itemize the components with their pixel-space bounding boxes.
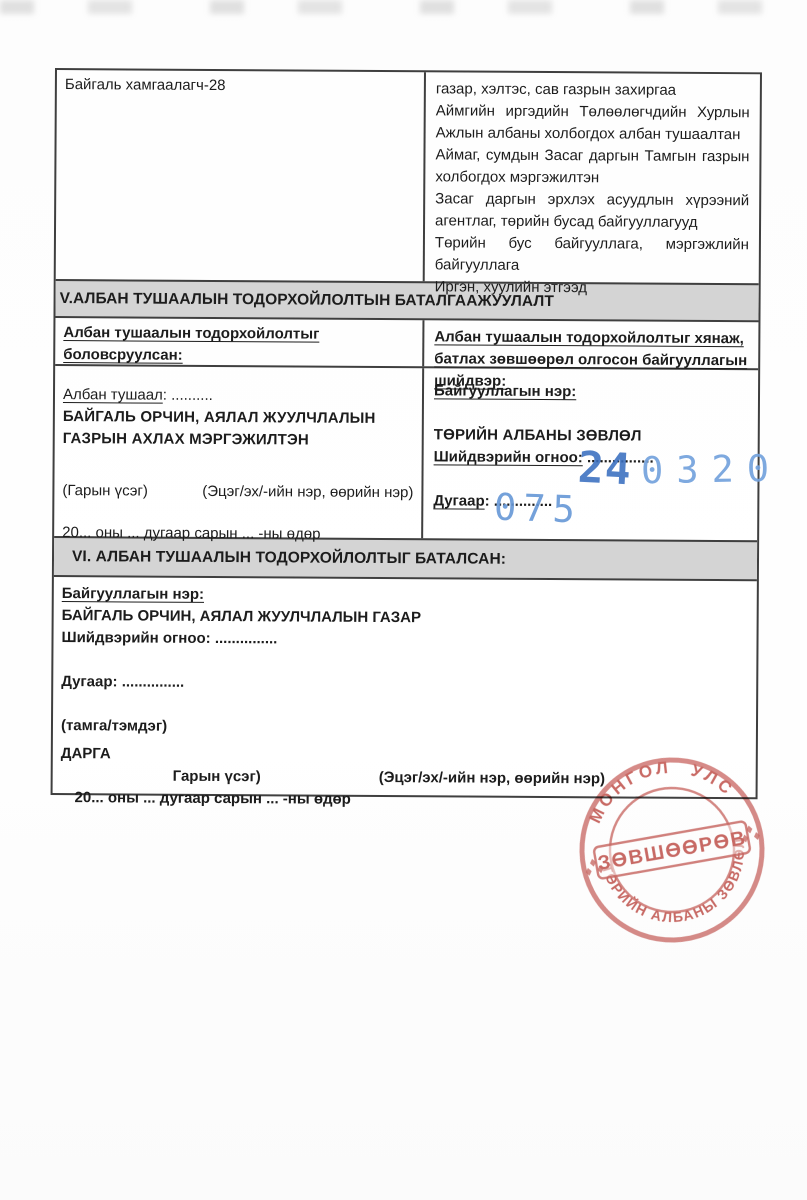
- table-row-stakeholders: Байгаль хамгаалагч-28 газар, хэлтэс, сав…: [56, 70, 760, 283]
- related-org-item: Төрийн бус байгууллага, мэргэжлийн байгу…: [435, 232, 749, 278]
- number-dots: : ..............: [485, 493, 553, 510]
- org-name-label-line: Байгууллагын нэр:: [434, 380, 748, 404]
- table-row-section-v-content: Албан тушаал: .......... БАЙГАЛЬ ОРЧИН, …: [54, 364, 758, 540]
- section-v-title: V.АЛБАН ТУШААЛЫН ТОДОРХОЙЛОЛТЫН БАТАЛГАА…: [60, 290, 554, 310]
- related-org-item: газар, хэлтэс, сав газрын захиргаа: [436, 78, 750, 102]
- scanner-edge-artifact: [0, 0, 807, 14]
- approval-stamp: МОНГОЛ УЛС ТӨРИЙН АЛБАНЫ ЗӨВЛӨЛ ЗӨВШӨӨРӨ…: [553, 731, 790, 968]
- position-value-line1: БАЙГАЛЬ ОРЧИН, АЯЛАЛ ЖУУЛЧЛАЛЫН: [63, 406, 414, 430]
- seal-placeholder: (тамга/тэмдэг): [61, 715, 748, 741]
- position-label: Албан тушаал: [63, 386, 163, 404]
- cell-approving-org: Байгууллагын нэр: ТӨРИЙН АЛБАНЫ ЗӨВЛӨЛ Ш…: [423, 368, 758, 540]
- position-value-line2: ГАЗРЫН АХЛАХ МЭРГЭЖИЛТЭН: [63, 428, 414, 452]
- job-description-approval-table: Байгаль хамгаалагч-28 газар, хэлтэс, сав…: [51, 68, 762, 799]
- cell-related-organizations: газар, хэлтэс, сав газрын захиргаа Аймги…: [425, 72, 760, 283]
- number-label: Дугаар: [433, 492, 484, 509]
- org-name-value: ТӨРИЙН АЛБАНЫ ЗӨВЛӨЛ: [434, 424, 748, 448]
- cell-developed-by-header: Албан тушаалын тодорхойлолтыг боловсруул…: [55, 318, 424, 366]
- number-line: Дугаар: ..............: [433, 490, 747, 514]
- stamp-banner: ЗӨВШӨӨРӨВ: [593, 821, 750, 879]
- related-org-item: Засаг даргын эрхлэх асуудлын хүрээний аг…: [435, 188, 749, 234]
- decision-date-line: Шийдвэрийн огноо: ...............: [61, 627, 748, 653]
- cell-position-details: Албан тушаал: .......... БАЙГАЛЬ ОРЧИН, …: [54, 366, 424, 538]
- position-title-text: Байгаль хамгаалагч-28: [65, 76, 226, 94]
- org-name-label: Байгууллагын нэр:: [434, 382, 576, 400]
- position-label-line: Албан тушаал: ..........: [63, 384, 414, 408]
- name-hint: (Эцэг/эх/-ийн нэр, өөрийн нэр): [202, 481, 413, 504]
- scanned-document-page: Байгаль хамгаалагч-28 газар, хэлтэс, сав…: [0, 0, 807, 1200]
- related-org-item: Аймгийн иргэдийн Төлөөлөгчдийн Хурлын Аж…: [436, 100, 750, 146]
- cell-approved-by-header: Албан тушаалын тодорхойлолтыг хянаж, бат…: [424, 320, 758, 368]
- signature-hint: (Гарын үсэг): [62, 480, 148, 503]
- signature-hint: Гарын үсэг): [173, 766, 261, 789]
- cell-position-title: Байгаль хамгаалагч-28: [56, 70, 426, 281]
- table-row-column-headers: Албан тушаалын тодорхойлолтыг боловсруул…: [55, 316, 758, 368]
- decision-date-label: Шийдвэрийн огноо:: [434, 448, 583, 466]
- related-org-item: Аймаг, сумдын Засаг даргын Тамгын газрын…: [435, 144, 749, 190]
- position-dots: : ..........: [163, 387, 213, 404]
- date-placeholder-line: 20... оны ... дугаар сарын ... -ны өдөр: [62, 522, 413, 546]
- section-vi-title: VI. АЛБАН ТУШААЛЫН ТОДОРХОЙЛОЛТЫГ БАТАЛС…: [72, 546, 506, 571]
- developed-by-header-text: Албан тушаалын тодорхойлолтыг боловсруул…: [63, 324, 319, 364]
- signature-hint-row: (Гарын үсэг) (Эцэг/эх/-ийн нэр, өөрийн н…: [62, 480, 413, 504]
- number-line: Дугаар: ...............: [61, 671, 748, 697]
- decision-date-dots: ................: [583, 449, 654, 466]
- org-name-label: Байгууллагын нэр:: [62, 585, 204, 603]
- decision-date-line: Шийдвэрийн огноо: ................: [434, 446, 748, 470]
